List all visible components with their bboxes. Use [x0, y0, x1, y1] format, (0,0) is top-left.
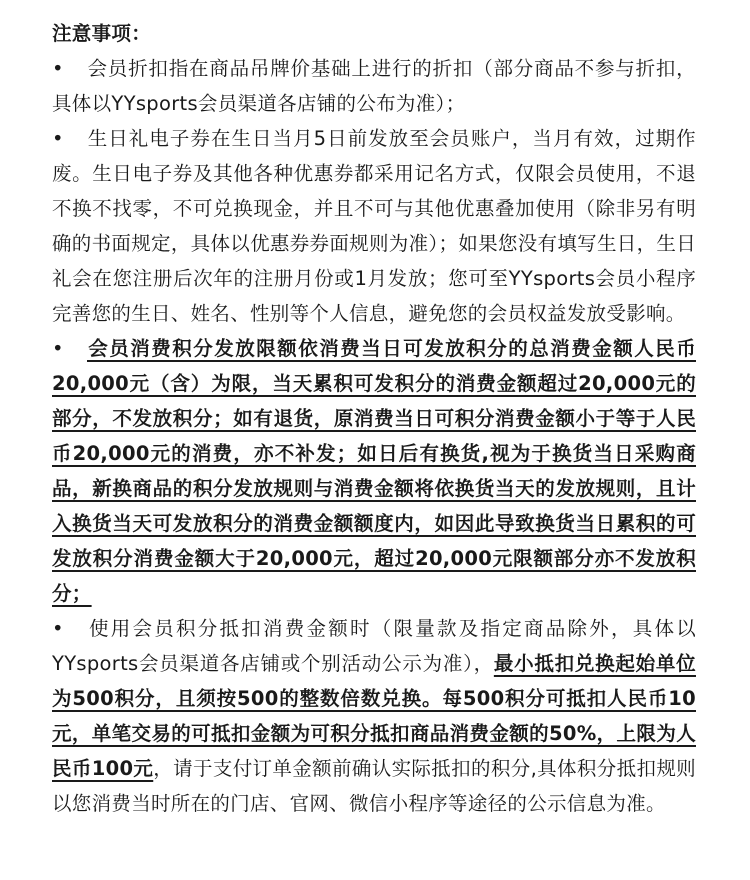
bullet-icon: • [52, 331, 87, 366]
notice-title: 注意事项： [52, 16, 696, 51]
notice-item-points-limit: •会员消费积分发放限额依消费当日可发放积分的总消费金额人民币20,000元（含）… [52, 331, 696, 611]
notice-document: 注意事项： •会员折扣指在商品吊牌价基础上进行的折扣（部分商品不参与折扣，具体以… [52, 16, 696, 821]
notice-item-emphasized-text: 会员消费积分发放限额依消费当日可发放积分的总消费金额人民币20,000元（含）为… [52, 337, 696, 605]
bullet-icon: • [52, 121, 87, 156]
bullet-icon: • [52, 611, 87, 646]
notice-item-text: 生日礼电子券在生日当月5日前发放至会员账户，当月有效，过期作废。生日电子券及其他… [52, 127, 696, 325]
bullet-icon: • [52, 51, 87, 86]
notice-item-text: 会员折扣指在商品吊牌价基础上进行的折扣（部分商品不参与折扣，具体以YYsport… [52, 57, 696, 115]
notice-item-birthday-coupon: •生日礼电子券在生日当月5日前发放至会员账户，当月有效，过期作废。生日电子券及其… [52, 121, 696, 331]
notice-item-member-discount: •会员折扣指在商品吊牌价基础上进行的折扣（部分商品不参与折扣，具体以YYspor… [52, 51, 696, 121]
notice-item-points-redemption: •使用会员积分抵扣消费金额时（限量款及指定商品除外，具体以YYsports会员渠… [52, 611, 696, 821]
